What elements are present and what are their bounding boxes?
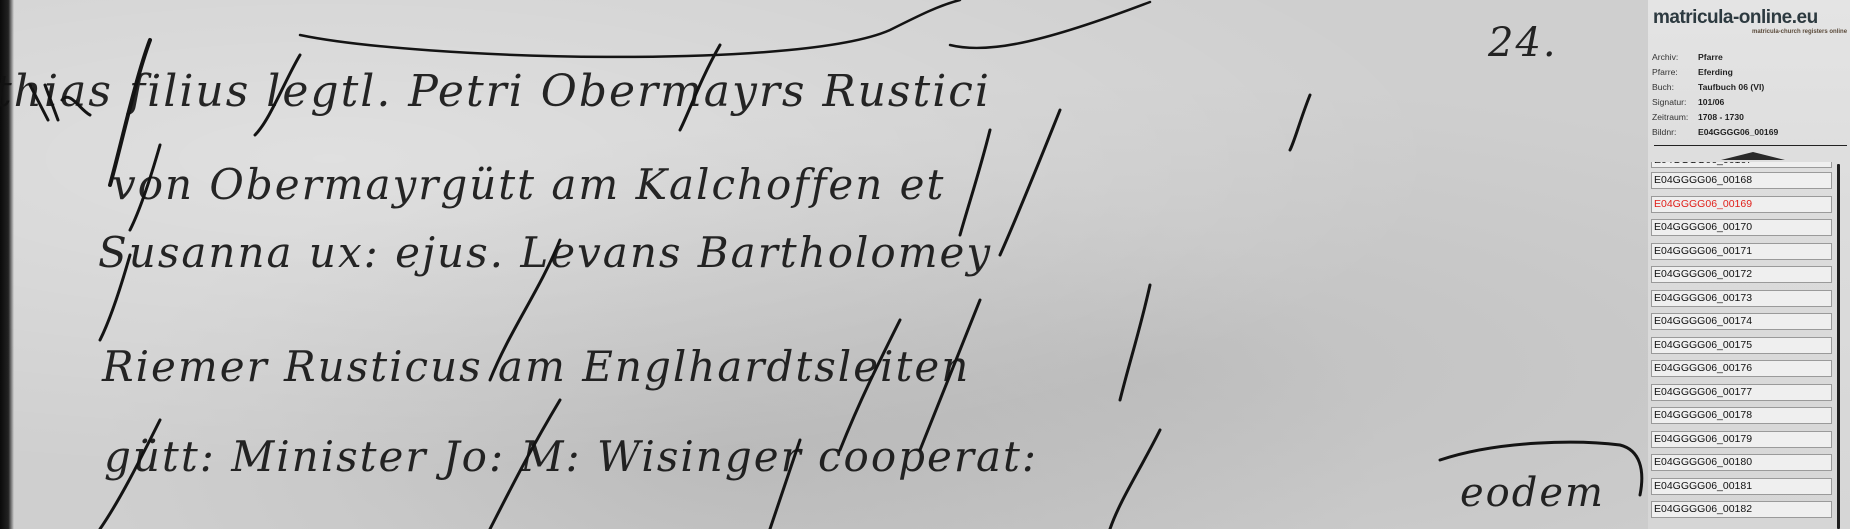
image-list-item[interactable]: E04GGGG06_00172 <box>1651 266 1832 283</box>
image-list-item[interactable]: E04GGGG06_00178 <box>1651 407 1832 424</box>
info-value: 101/06 <box>1698 95 1724 110</box>
scroll-up-triangle-icon[interactable] <box>1721 152 1785 160</box>
image-list-item[interactable]: E04GGGG06_00177 <box>1651 384 1832 401</box>
image-list-item[interactable]: E04GGGG06_00167 <box>1651 162 1832 168</box>
panel-divider <box>1654 145 1847 146</box>
info-label: Zeitraum: <box>1652 110 1698 125</box>
image-list-item[interactable]: E04GGGG06_00171 <box>1651 243 1832 260</box>
info-value: Pfarre <box>1698 50 1723 65</box>
manuscript-line-2: von Obermayrgütt am Kalchoffen et <box>112 160 945 209</box>
info-value: Taufbuch 06 (VI) <box>1698 80 1764 95</box>
info-label: Bildnr: <box>1652 125 1698 140</box>
info-row-pfarre: Pfarre: Eferding <box>1652 65 1778 80</box>
image-list-item[interactable]: E04GGGG06_00176 <box>1651 360 1832 377</box>
register-info: Archiv: Pfarre Pfarre: Eferding Buch: Ta… <box>1652 50 1778 140</box>
info-label: Buch: <box>1652 80 1698 95</box>
image-list[interactable]: E04GGGG06_00167 E04GGGG06_00168 E04GGGG0… <box>1651 162 1834 529</box>
info-value: E04GGGG06_00169 <box>1698 125 1778 140</box>
image-list-scrollbar[interactable] <box>1837 164 1840 529</box>
image-list-item[interactable]: E04GGGG06_00182 <box>1651 501 1832 518</box>
info-value: Eferding <box>1698 65 1733 80</box>
info-label: Archiv: <box>1652 50 1698 65</box>
image-list-item[interactable]: E04GGGG06_00168 <box>1651 172 1832 189</box>
image-list-item[interactable]: E04GGGG06_00180 <box>1651 454 1832 471</box>
info-row-zeitraum: Zeitraum: 1708 - 1730 <box>1652 110 1778 125</box>
manuscript-line-1: thias filius legtl. Petri Obermayrs Rust… <box>0 66 991 117</box>
image-list-item-current[interactable]: E04GGGG06_00169 <box>1651 196 1832 213</box>
manuscript-line-4: Riemer Rusticus am Englhardtsleiten <box>102 342 970 391</box>
image-list-item[interactable]: E04GGGG06_00181 <box>1651 478 1832 495</box>
info-label: Signatur: <box>1652 95 1698 110</box>
manuscript-line-5: gütt: Minister Jo: M: Wisinger cooperat: <box>104 432 1038 481</box>
image-list-item[interactable]: E04GGGG06_00174 <box>1651 313 1832 330</box>
image-list-item[interactable]: E04GGGG06_00170 <box>1651 219 1832 236</box>
manuscript-image-viewer[interactable]: thias filius legtl. Petri Obermayrs Rust… <box>0 0 1648 529</box>
info-row-buch: Buch: Taufbuch 06 (VI) <box>1652 80 1778 95</box>
site-logo[interactable]: matricula-online.eu <box>1653 7 1818 29</box>
image-list-item[interactable]: E04GGGG06_00173 <box>1651 290 1832 307</box>
manuscript-page-number: 24. <box>1488 20 1558 66</box>
info-label: Pfarre: <box>1652 65 1698 80</box>
matricula-side-panel: matricula-online.eu matricula-church reg… <box>1648 0 1850 529</box>
manuscript-margin-word: eodem <box>1460 470 1605 516</box>
info-row-bildnr: Bildnr: E04GGGG06_00169 <box>1652 125 1778 140</box>
image-list-item[interactable]: E04GGGG06_00179 <box>1651 431 1832 448</box>
manuscript-line-3: Susanna ux: ejus. Levans Bartholomey <box>98 228 992 277</box>
info-value: 1708 - 1730 <box>1698 110 1744 125</box>
image-list-item[interactable]: E04GGGG06_00175 <box>1651 337 1832 354</box>
site-logo-subtitle: matricula-church registers online <box>1752 29 1847 35</box>
info-row-archiv: Archiv: Pfarre <box>1652 50 1778 65</box>
info-row-signatur: Signatur: 101/06 <box>1652 95 1778 110</box>
